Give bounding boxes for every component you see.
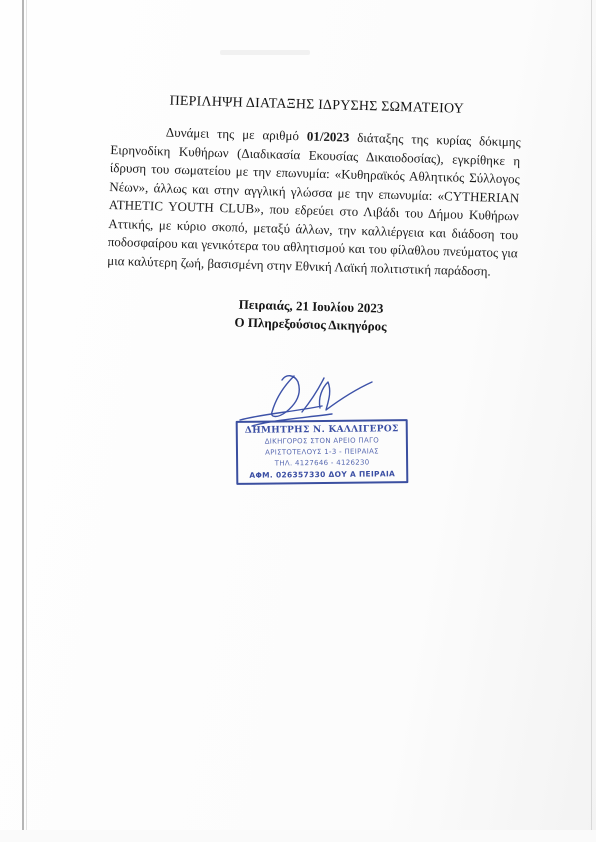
document-content: ΠΕΡΙΛΗΨΗ ΔΙΑΤΑΞΗΣ ΙΔΡΥΣΗΣ ΣΩΜΑΤΕΙΟΥ Δυνά…: [105, 92, 521, 339]
stamp-tax-id: ΑΦΜ. 026357330 ΔΟΥ Α ΠΕΙΡΑΙΑ: [238, 468, 406, 481]
scan-edge-left-faint: [26, 0, 27, 832]
scan-edge-right: [591, 0, 592, 832]
scan-edge-left: [22, 0, 24, 832]
lawyer-stamp: ΔΗΜΗΤΡΗΣ Ν. ΚΑΛΛΙΓΕΡΟΣ ΔΙΚΗΓΟΡΟΣ ΣΤΟΝ ΑΡ…: [236, 419, 409, 485]
scanned-page: ΠΕΡΙΛΗΨΗ ΔΙΑΤΑΞΗΣ ΙΔΡΥΣΗΣ ΣΩΜΑΤΕΙΟΥ Δυνά…: [0, 0, 596, 842]
document-body: Δυνάμει της με αριθμό 01/2023 διάταξης τ…: [107, 122, 521, 281]
body-part-2: διάταξης της κυρίας δόκιμης Ειρηνοδίκη Κ…: [107, 130, 521, 278]
closing-block: Πειραιάς, 21 Ιουλίου 2023 Ο Πληρεξούσιος…: [105, 292, 516, 339]
body-part-1: Δυνάμει της με αριθμό: [166, 125, 307, 144]
bleed-through-mark: [220, 50, 310, 55]
document-title: ΠΕΡΙΛΗΨΗ ΔΙΑΤΑΞΗΣ ΙΔΡΥΣΗΣ ΣΩΜΑΤΕΙΟΥ: [112, 92, 522, 119]
stamp-phone: ΤΗΛ. 4127646 - 4126230: [238, 457, 406, 470]
order-number: 01/2023: [307, 128, 350, 144]
scan-bottom-margin: [0, 830, 596, 842]
